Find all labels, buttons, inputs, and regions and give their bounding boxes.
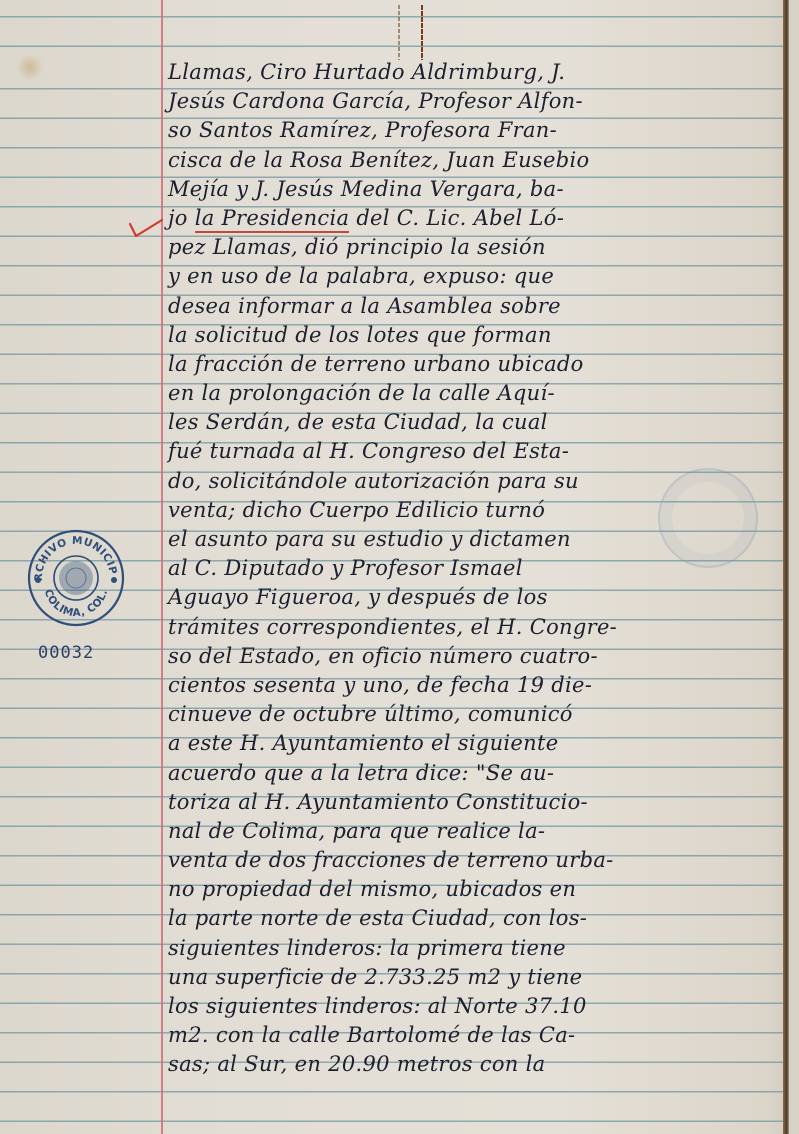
text-line: cinueve de octubre último, comunicó xyxy=(168,700,778,729)
text-line: fué turnada al H. Congreso del Esta- xyxy=(168,437,778,466)
text-line: en la prolongación de la calle Aquí- xyxy=(168,379,778,408)
text-line-underlined: jo la Presidencia del C. Lic. Abel Ló- xyxy=(168,204,778,233)
text-line: sas; al Sur, en 20.90 metros con la xyxy=(168,1050,778,1079)
text-line: Llamas, Ciro Hurtado Aldrimburg, J. xyxy=(168,58,778,87)
archivo-municipal-stamp: ARCHIVO MUNICIPAL COLIMA, COL. xyxy=(26,528,126,628)
text-line: Mejía y J. Jesús Medina Vergara, ba- xyxy=(168,175,778,204)
text-line: y en uso de la palabra, expuso: que xyxy=(168,262,778,291)
paper-stain xyxy=(15,55,45,80)
text-line: Jesús Cardona García, Profesor Alfon- xyxy=(168,87,778,116)
text-fragment: jo xyxy=(168,206,195,230)
text-line: cisca de la Rosa Benítez, Juan Eusebio xyxy=(168,146,778,175)
text-line: venta; dicho Cuerpo Edilicio turnó xyxy=(168,496,778,525)
text-line: no propiedad del mismo, ubicados en xyxy=(168,875,778,904)
text-fragment: del C. Lic. Abel Ló- xyxy=(349,206,564,230)
red-underlined-phrase: la Presidencia xyxy=(195,206,350,233)
ledger-page: ARCHIVO MUNICIPAL COLIMA, COL. 00032 Lla… xyxy=(0,0,799,1134)
text-line: les Serdán, de esta Ciudad, la cual xyxy=(168,408,778,437)
text-line: siguientes linderos: la primera tiene xyxy=(168,934,778,963)
text-line: pez Llamas, dió principio la sesión xyxy=(168,233,778,262)
red-margin-line xyxy=(161,0,163,1134)
text-line: una superficie de 2.733.25 m2 y tiene xyxy=(168,963,778,992)
text-line: desea informar a la Asamblea sobre xyxy=(168,292,778,321)
text-line: so Santos Ramírez, Profesora Fran- xyxy=(168,116,778,145)
text-line: do, solicitándole autorización para su xyxy=(168,467,778,496)
text-line: acuerdo que a la letra dice: "Se au- xyxy=(168,759,778,788)
text-line: cientos sesenta y uno, de fecha 19 die- xyxy=(168,671,778,700)
text-line: la parte norte de esta Ciudad, con los- xyxy=(168,904,778,933)
text-line: a este H. Ayuntamiento el siguiente xyxy=(168,729,778,758)
text-line: Aguayo Figueroa, y después de los xyxy=(168,583,778,612)
text-line: toriza al H. Ayuntamiento Constitucio- xyxy=(168,788,778,817)
text-line: trámites correspondientes, el H. Congre- xyxy=(168,613,778,642)
text-line: al C. Diputado y Profesor Ismael xyxy=(168,554,778,583)
red-check-mark-icon xyxy=(126,216,166,238)
text-line: m2. con la calle Bartolomé de las Ca- xyxy=(168,1021,778,1050)
text-line: nal de Colima, para que realice la- xyxy=(168,817,778,846)
adjacent-page-edge xyxy=(789,0,799,1134)
text-line: la fracción de terreno urbano ubicado xyxy=(168,350,778,379)
text-line: venta de dos fracciones de terreno urba- xyxy=(168,846,778,875)
text-line: la solicitud de los lotes que forman xyxy=(168,321,778,350)
text-line: so del Estado, en oficio número cuatro- xyxy=(168,642,778,671)
text-line: el asunto para su estudio y dictamen xyxy=(168,525,778,554)
handwritten-text: Llamas, Ciro Hurtado Aldrimburg, J. Jesú… xyxy=(168,58,778,1080)
text-line: los siguientes linderos: al Norte 37.10 xyxy=(168,992,778,1021)
folio-number: 00032 xyxy=(38,643,94,663)
